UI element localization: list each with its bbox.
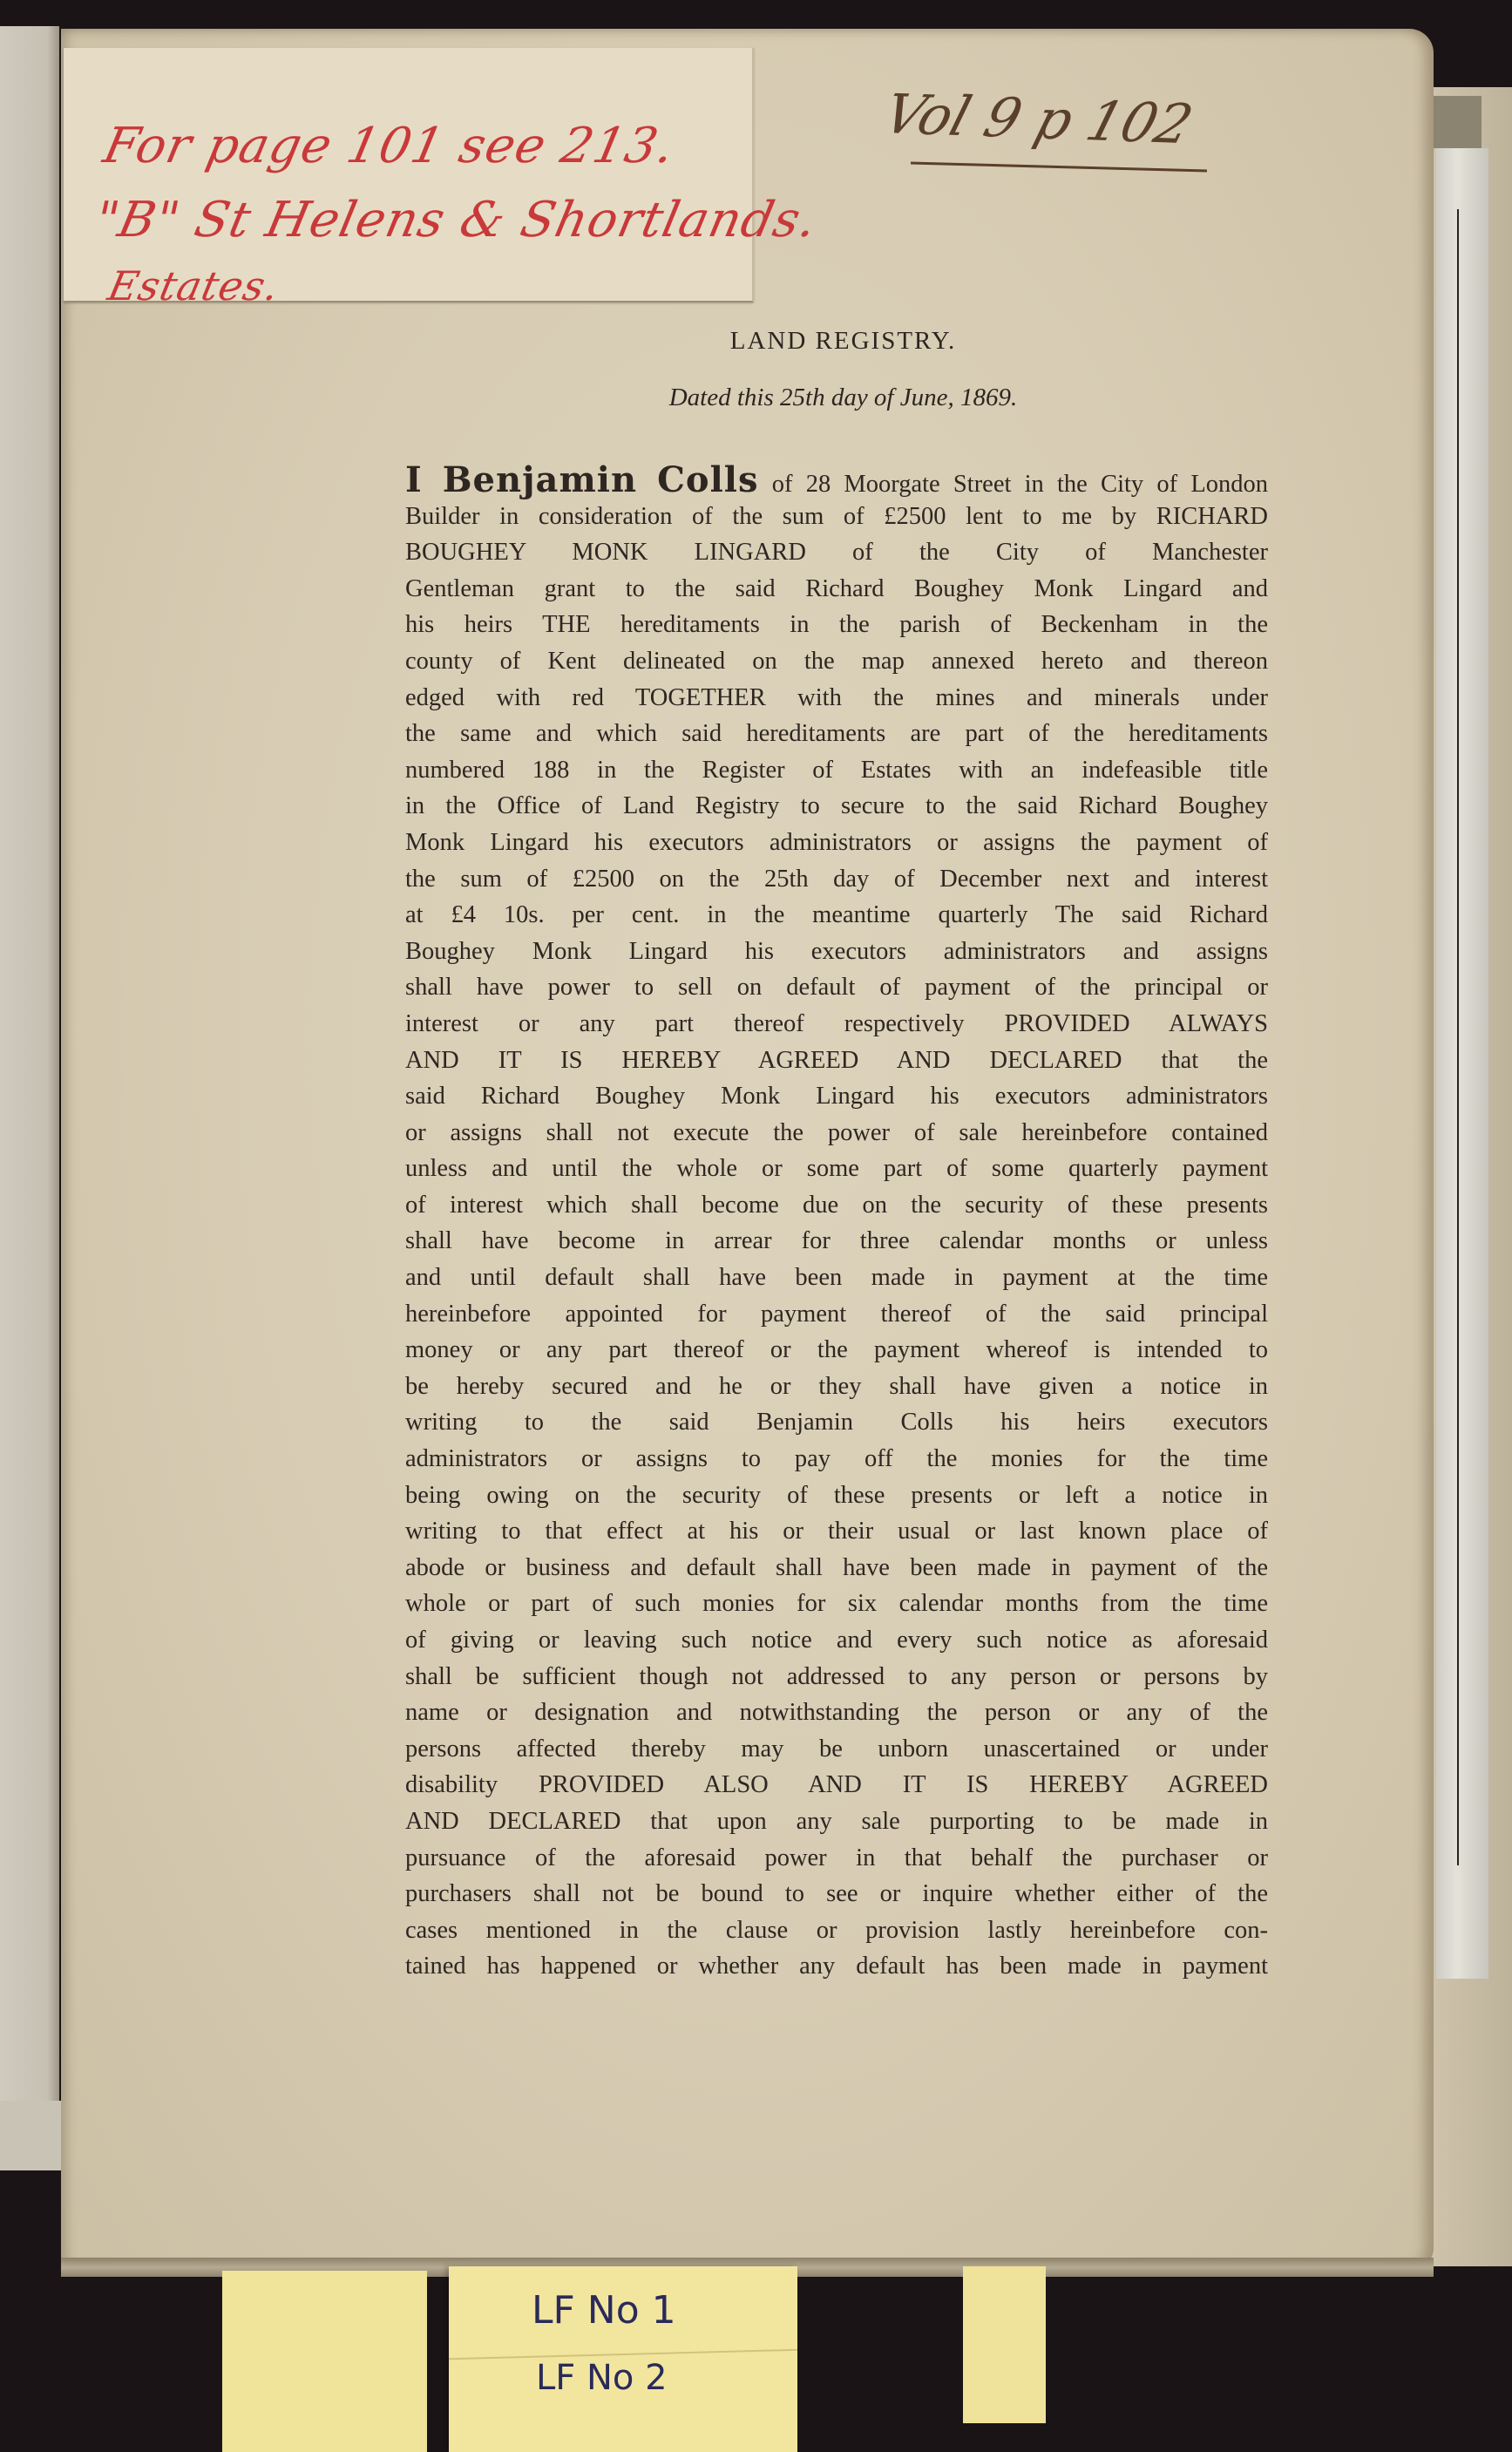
body-line: writing to the said Benjamin Colls his h…	[405, 1404, 1268, 1441]
body-line: Gentleman grant to the said Richard Boug…	[405, 571, 1268, 608]
body-line: Builder in consideration of the sum of £…	[405, 499, 1268, 535]
body-line: being owing on the security of these pre…	[405, 1477, 1268, 1514]
body-line: whole or part of such monies for six cal…	[405, 1586, 1268, 1622]
body-line: county of Kent delineated on the map ann…	[405, 643, 1268, 680]
volume-page-note: Vol 9 p 102	[877, 82, 1199, 156]
repair-tape-strip	[1436, 148, 1488, 1979]
body-line: unless and until the whole or some part …	[405, 1151, 1268, 1187]
body-line: edged with red TOGETHER with the mines a…	[405, 680, 1268, 717]
body-line: shall have power to sell on default of p…	[405, 969, 1268, 1006]
body-line: persons affected thereby may be unborn u…	[405, 1731, 1268, 1768]
body-line: hereinbefore appointed for payment there…	[405, 1296, 1268, 1333]
body-line: his heirs THE hereditaments in the paris…	[405, 607, 1268, 643]
body-line: disability PROVIDED ALSO AND IT IS HEREB…	[405, 1767, 1268, 1803]
body-line: purchasers shall not be bound to see or …	[405, 1876, 1268, 1912]
body-line: name or designation and notwithstanding …	[405, 1695, 1268, 1731]
red-note-line-1: For page 101 see 213.	[99, 122, 679, 171]
binding-tab	[1429, 96, 1481, 148]
body-line: be hereby secured and he or they shall h…	[405, 1369, 1268, 1405]
body-line: shall have become in arrear for three ca…	[405, 1223, 1268, 1260]
red-note-line-2: "B" St Helens & Shortlands.	[91, 196, 821, 245]
body-line: numbered 188 in the Register of Estates …	[405, 752, 1268, 789]
body-line: the sum of £2500 on the 25th day of Dece…	[405, 861, 1268, 898]
body-line: AND DECLARED that upon any sale purporti…	[405, 1803, 1268, 1840]
body-line: in the Office of Land Registry to secure…	[405, 788, 1268, 825]
body-line: money or any part thereof or the payment…	[405, 1332, 1268, 1369]
document-body: I Benjamin Colls of 28 Moorgate Street i…	[405, 462, 1268, 1985]
adjacent-page-left-bottom	[0, 2101, 61, 2170]
body-line: shall be sufficient though not addressed…	[405, 1659, 1268, 1695]
body-line: administrators or assigns to pay off the…	[405, 1441, 1268, 1477]
body-line: writing to that effect at his or their u…	[405, 1513, 1268, 1550]
body-line: said Richard Boughey Monk Lingard his ex…	[405, 1078, 1268, 1115]
body-line: tained has happened or whether any defau…	[405, 1948, 1268, 1985]
sticky-note-left	[222, 2271, 427, 2452]
sticky-note-right	[963, 2266, 1046, 2423]
body-line-0: I Benjamin Colls of 28 Moorgate Street i…	[405, 462, 1268, 499]
body-line: abode or business and default shall have…	[405, 1550, 1268, 1586]
body-line: cases mentioned in the clause or provisi…	[405, 1912, 1268, 1949]
body-line: the same and which said hereditaments ar…	[405, 716, 1268, 752]
sticky-note-line-1: LF No 1	[532, 2288, 676, 2333]
tape-ink-line	[1457, 209, 1459, 1865]
body-line: pursuance of the aforesaid power in that…	[405, 1840, 1268, 1877]
red-note-line-3: Estates.	[105, 266, 283, 306]
body-line: at £4 10s. per cent. in the meantime qua…	[405, 897, 1268, 934]
document-date: Dated this 25th day of June, 1869.	[0, 384, 1512, 412]
body-line: Boughey Monk Lingard his executors admin…	[405, 934, 1268, 970]
opening-words: I Benjamin Colls	[405, 459, 759, 500]
body-line: AND IT IS HEREBY AGREED AND DECLARED tha…	[405, 1043, 1268, 1079]
body-line: of interest which shall become due on th…	[405, 1187, 1268, 1224]
body-line: Monk Lingard his executors administrator…	[405, 825, 1268, 861]
document-title: LAND REGISTRY.	[0, 327, 1512, 356]
body-line: interest or any part thereof respectivel…	[405, 1006, 1268, 1043]
body-line: of giving or leaving such notice and eve…	[405, 1622, 1268, 1659]
body-line: or assigns shall not execute the power o…	[405, 1115, 1268, 1151]
body-line: BOUGHEY MONK LINGARD of the City of Manc…	[405, 534, 1268, 571]
body-line: and until default shall have been made i…	[405, 1260, 1268, 1296]
sticky-note-line-2: LF No 2	[536, 2358, 668, 2398]
